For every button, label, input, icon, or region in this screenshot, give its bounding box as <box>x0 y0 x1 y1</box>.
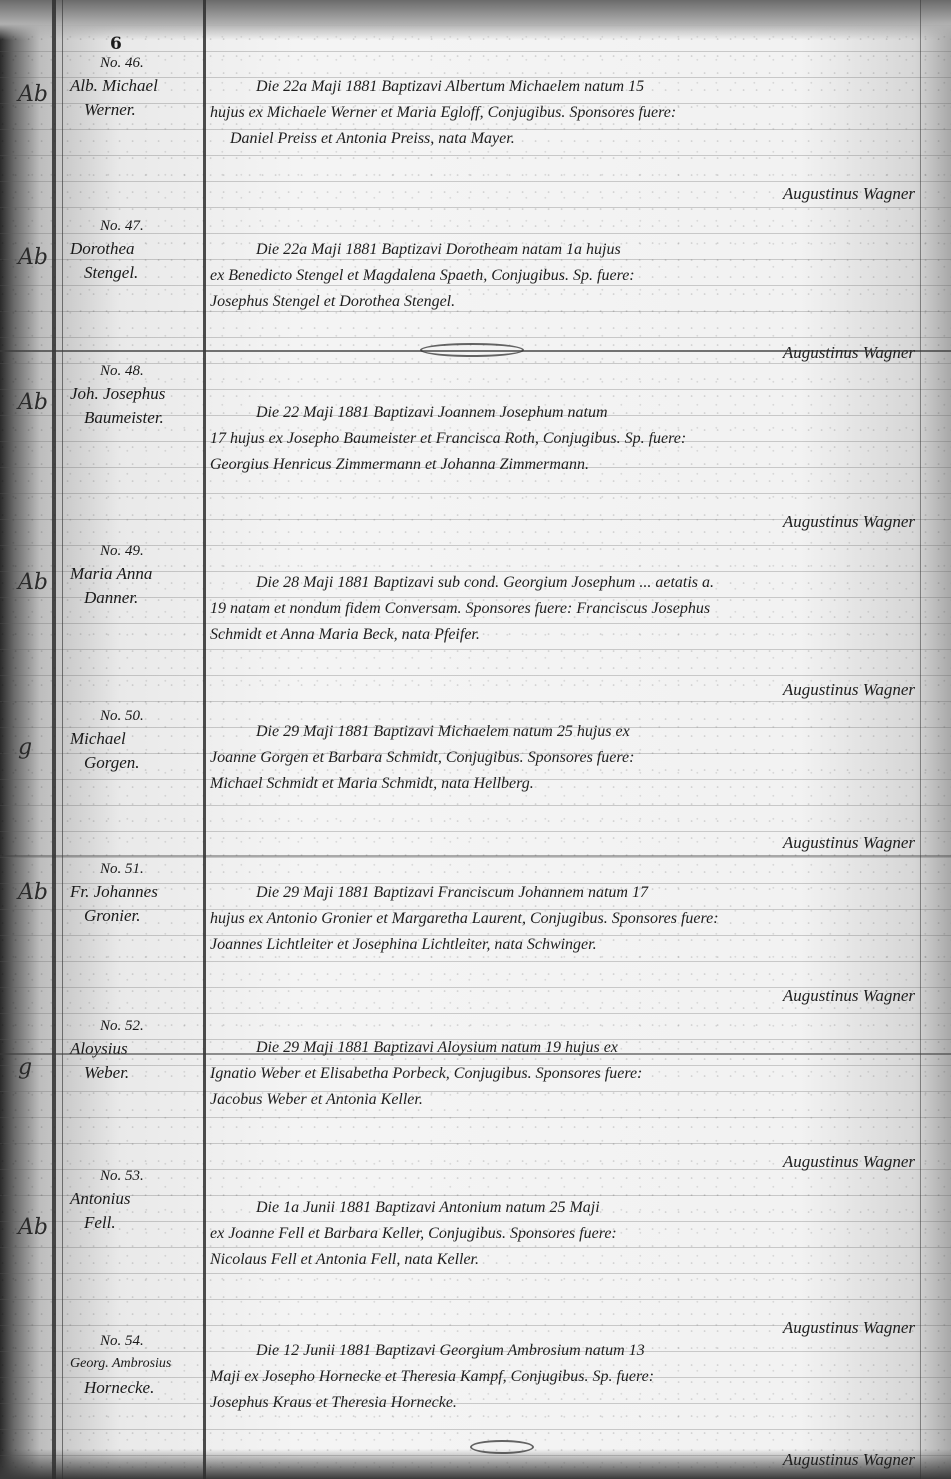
entry-line: 19 natam et nondum fidem Conversam. Spon… <box>210 596 918 622</box>
given-name: Alb. Michael <box>66 74 201 98</box>
priest-signature: Augustinus Wagner <box>783 184 915 204</box>
entry-line: hujus ex Michaele Werner et Maria Egloff… <box>210 100 918 126</box>
name-column-rule <box>203 0 206 1479</box>
entry-number: No. 54. <box>66 1330 201 1352</box>
surname: Stengel. <box>66 261 201 285</box>
margin-rule <box>52 0 56 1479</box>
margin-mark: Ab <box>18 390 48 416</box>
entry-number: No. 46. <box>66 52 201 74</box>
entry-divider <box>0 855 951 857</box>
surname: Weber. <box>66 1061 201 1085</box>
entry-line: Die 29 Maji 1881 Baptizavi Michaelem nat… <box>210 719 918 745</box>
entry-text: Die 29 Maji 1881 Baptizavi Michaelem nat… <box>210 719 918 797</box>
name-column: No. 53. Antonius Fell. <box>66 1165 201 1235</box>
entry-text: Die 29 Maji 1881 Baptizavi Aloysium natu… <box>210 1035 918 1113</box>
surname: Fell. <box>66 1211 201 1235</box>
entry-line: hujus ex Antonio Gronier et Margaretha L… <box>210 906 918 932</box>
surname: Gronier. <box>66 904 201 928</box>
surname: Gorgen. <box>66 751 201 775</box>
name-column: No. 54. Georg. Ambrosius Hornecke. <box>66 1330 201 1400</box>
margin-mark: Ab <box>18 570 48 596</box>
name-column: No. 51. Fr. Johannes Gronier. <box>66 858 201 928</box>
entry-line: Schmidt et Anna Maria Beck, nata Pfeifer… <box>210 622 918 648</box>
given-name: Antonius <box>66 1187 201 1211</box>
entry-divider <box>0 1053 951 1055</box>
entry-number: No. 50. <box>66 705 201 727</box>
entry-number: No. 52. <box>66 1015 201 1037</box>
entry-line: Maji ex Josepho Hornecke et Theresia Kam… <box>210 1364 918 1390</box>
surname: Werner. <box>66 98 201 122</box>
priest-signature: Augustinus Wagner <box>783 680 915 700</box>
register-page: 6 Ab No. 46. Alb. Michael Werner. Die 22… <box>0 0 951 1479</box>
surname: Danner. <box>66 586 201 610</box>
priest-signature: Augustinus Wagner <box>783 343 915 363</box>
entry-line: Die 22a Maji 1881 Baptizavi Albertum Mic… <box>210 74 918 100</box>
priest-signature: Augustinus Wagner <box>783 1318 915 1338</box>
entry-text: Die 22 Maji 1881 Baptizavi Joannem Josep… <box>210 400 918 478</box>
priest-signature: Augustinus Wagner <box>783 512 915 532</box>
entry-line: Die 12 Junii 1881 Baptizavi Georgium Amb… <box>210 1338 918 1364</box>
name-column: No. 47. Dorothea Stengel. <box>66 215 201 285</box>
entry-number: No. 48. <box>66 360 201 382</box>
given-name: Michael <box>66 727 201 751</box>
given-name: Aloysius <box>66 1037 201 1061</box>
entry-line: 17 hujus ex Josepho Baumeister et Franci… <box>210 426 918 452</box>
entry-line: Die 29 Maji 1881 Baptizavi Aloysium natu… <box>210 1035 918 1061</box>
name-column: No. 49. Maria Anna Danner. <box>66 540 201 610</box>
entry-line: Michael Schmidt et Maria Schmidt, nata H… <box>210 771 918 797</box>
entry-line: Jacobus Weber et Antonia Keller. <box>210 1087 918 1113</box>
given-name: Georg. Ambrosius <box>66 1352 201 1376</box>
ink-flourish <box>470 1440 534 1454</box>
name-column: No. 46. Alb. Michael Werner. <box>66 52 201 122</box>
given-name: Fr. Johannes <box>66 880 201 904</box>
surname: Baumeister. <box>66 406 201 430</box>
margin-mark: Ab <box>18 245 48 271</box>
entry-text: Die 28 Maji 1881 Baptizavi sub cond. Geo… <box>210 570 918 648</box>
entry-line: Die 29 Maji 1881 Baptizavi Franciscum Jo… <box>210 880 918 906</box>
page-number: 6 <box>110 34 122 54</box>
given-name: Dorothea <box>66 237 201 261</box>
priest-signature: Augustinus Wagner <box>783 1450 915 1470</box>
margin-mark: Ab <box>18 82 48 108</box>
entry-text: Die 1a Junii 1881 Baptizavi Antonium nat… <box>210 1195 918 1273</box>
entry-line: Die 22a Maji 1881 Baptizavi Dorotheam na… <box>210 237 918 263</box>
entry-line: Josephus Kraus et Theresia Hornecke. <box>210 1390 918 1416</box>
entry-number: No. 53. <box>66 1165 201 1187</box>
priest-signature: Augustinus Wagner <box>783 986 915 1006</box>
entry-line: Joannes Lichtleiter et Josephina Lichtle… <box>210 932 918 958</box>
entry-line: Joanne Gorgen et Barbara Schmidt, Conjug… <box>210 745 918 771</box>
name-column: No. 50. Michael Gorgen. <box>66 705 201 775</box>
margin-rule-thin <box>62 0 63 1479</box>
entry-line: Josephus Stengel et Dorothea Stengel. <box>210 289 918 315</box>
entry-number: No. 51. <box>66 858 201 880</box>
priest-signature: Augustinus Wagner <box>783 833 915 853</box>
given-name: Maria Anna <box>66 562 201 586</box>
entry-text: Die 12 Junii 1881 Baptizavi Georgium Amb… <box>210 1338 918 1416</box>
entry-line: ex Benedicto Stengel et Magdalena Spaeth… <box>210 263 918 289</box>
entry-line: Nicolaus Fell et Antonia Fell, nata Kell… <box>210 1247 918 1273</box>
margin-mark: Ab <box>18 880 48 906</box>
priest-signature: Augustinus Wagner <box>783 1152 915 1172</box>
entry-line: Die 28 Maji 1881 Baptizavi sub cond. Geo… <box>210 570 918 596</box>
entry-line: ex Joanne Fell et Barbara Keller, Conjug… <box>210 1221 918 1247</box>
entry-line: Georgius Henricus Zimmermann et Johanna … <box>210 452 918 478</box>
name-column: No. 48. Joh. Josephus Baumeister. <box>66 360 201 430</box>
scan-shadow-top <box>0 0 951 40</box>
entry-line: Daniel Preiss et Antonia Preiss, nata Ma… <box>210 126 918 152</box>
entry-line: Ignatio Weber et Elisabetha Porbeck, Con… <box>210 1061 918 1087</box>
name-column: No. 52. Aloysius Weber. <box>66 1015 201 1085</box>
margin-mark: g <box>18 1055 48 1081</box>
entry-text: Die 22a Maji 1881 Baptizavi Dorotheam na… <box>210 237 918 315</box>
margin-mark: Ab <box>18 1215 48 1241</box>
entry-text: Die 29 Maji 1881 Baptizavi Franciscum Jo… <box>210 880 918 958</box>
surname: Hornecke. <box>66 1376 201 1400</box>
entry-line: Die 22 Maji 1881 Baptizavi Joannem Josep… <box>210 400 918 426</box>
given-name: Joh. Josephus <box>66 382 201 406</box>
entry-number: No. 49. <box>66 540 201 562</box>
entry-number: No. 47. <box>66 215 201 237</box>
entry-line: Die 1a Junii 1881 Baptizavi Antonium nat… <box>210 1195 918 1221</box>
entry-text: Die 22a Maji 1881 Baptizavi Albertum Mic… <box>210 74 918 152</box>
ink-blot <box>420 343 524 357</box>
right-margin-rule <box>920 0 921 1479</box>
margin-mark: g <box>18 735 48 761</box>
